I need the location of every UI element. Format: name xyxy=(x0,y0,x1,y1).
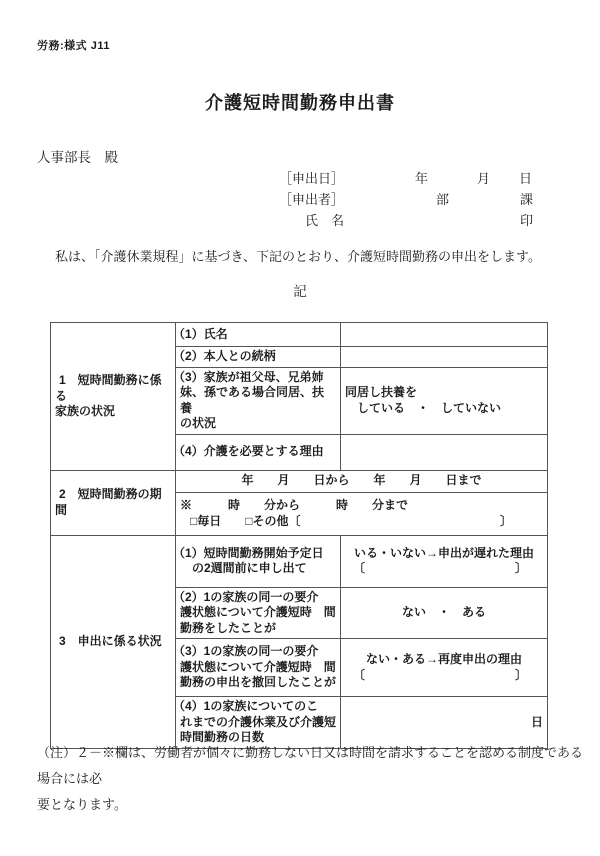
choice-reapply-reason: ない・ある→再度申出の理由 xyxy=(345,652,543,668)
seal-label: 印 xyxy=(520,210,533,229)
row-label-two-weeks-notice: （1）短時間勤務開始予定日 の2週間前に申し出て xyxy=(176,535,341,587)
ki-heading: 記 xyxy=(0,280,600,300)
applicant-label: ［申出者］ xyxy=(279,189,344,208)
bracket-open: 〔 xyxy=(353,561,365,577)
table-row: 3 申出に係る状況 （1）短時間勤務開始予定日 の2週間前に申し出て いる・いな… xyxy=(51,535,548,587)
name-label: 氏 名 xyxy=(305,210,344,229)
fill-in-brackets[interactable]: 〔 〕 xyxy=(345,561,543,577)
row-label-withdrawn: （3）1の家族の同一の要介 護状態について介護短時 間 勤務の申出を撤回したこと… xyxy=(176,639,341,697)
row-label-name: （1）氏名 xyxy=(176,323,341,347)
bracket-open: 〔 xyxy=(353,668,365,684)
submission-date-label: ［申出日］ xyxy=(279,168,344,187)
row-label-prior-shortwork: （2）1の家族の同一の要介 護状態について介護短時 間 勤務をしたことが xyxy=(176,587,341,639)
section2-label: 2 短時間勤務の期間 xyxy=(51,470,176,535)
bracket-close: 〕 xyxy=(500,514,512,530)
day-label: 日 xyxy=(519,168,532,187)
intro-text: 私は、「介護休業規程」に基づき、下記のとおり、介護短時間勤務の申出をします。 xyxy=(55,246,541,265)
page-title: 介護短時間勤務申出書 xyxy=(0,89,600,115)
time-range-line: ※ 時 分から 時 分まで xyxy=(180,498,543,514)
period-date-cell[interactable]: 年 月 日から 年 月 日まで xyxy=(176,470,548,492)
input-cell-care-reason[interactable] xyxy=(341,434,548,470)
month-label: 月 xyxy=(477,168,490,187)
bracket-close: 〕 xyxy=(515,561,527,577)
value-withdrawn: ない・ある→再度申出の理由 〔 〕 xyxy=(341,639,548,697)
choice-prior-shortwork: ない ・ ある xyxy=(341,587,548,639)
checkbox-options[interactable]: □毎日 □その他〔 xyxy=(190,514,301,530)
table-row: 1 短時間勤務に係る 家族の状況 （1）氏名 xyxy=(51,323,548,347)
form-code: 労務:様式 J11 xyxy=(37,37,110,53)
row-label-care-reason: （4）介護を必要とする理由 xyxy=(176,434,341,470)
department-label: 部 xyxy=(436,189,449,208)
value-two-weeks-notice: いる・いない→申出が遅れた理由 〔 〕 xyxy=(341,535,548,587)
period-time-cell[interactable]: ※ 時 分から 時 分まで □毎日 □その他〔 〕 xyxy=(176,492,548,535)
table-row: 2 短時間勤務の期間 年 月 日から 年 月 日まで xyxy=(51,470,548,492)
footnote: （注）２－※欄は、労働者が個々に勤務しない日又は時間を請求することを認める制度で… xyxy=(37,740,585,818)
section-label: 課 xyxy=(520,189,533,208)
choice-late-reason: いる・いない→申出が遅れた理由 xyxy=(345,546,543,562)
section1-label: 1 短時間勤務に係る 家族の状況 xyxy=(51,323,176,471)
frequency-line: □毎日 □その他〔 〕 xyxy=(180,514,512,530)
fill-in-brackets[interactable]: 〔 〕 xyxy=(345,668,543,684)
row-label-living-status: （3）家族が祖父母、兄弟姉 妹、孫である場合同居、扶 養 の状況 xyxy=(176,367,341,434)
row-label-relationship: （2）本人との続柄 xyxy=(176,347,341,368)
bracket-close: 〕 xyxy=(515,668,527,684)
section3-label: 3 申出に係る状況 xyxy=(51,535,176,748)
document-page: 労務:様式 J11 介護短時間勤務申出書 人事部長 殿 ［申出日］ 年 月 日 … xyxy=(0,0,600,856)
year-label: 年 xyxy=(415,168,428,187)
input-cell-relationship[interactable] xyxy=(341,347,548,368)
addressee: 人事部長 殿 xyxy=(37,146,118,166)
input-cell-name[interactable] xyxy=(341,323,548,347)
value-living-status: 同居し扶養を している ・ していない xyxy=(341,367,548,434)
application-table: 1 短時間勤務に係る 家族の状況 （1）氏名 （2）本人との続柄 （3）家族が祖… xyxy=(50,322,548,749)
